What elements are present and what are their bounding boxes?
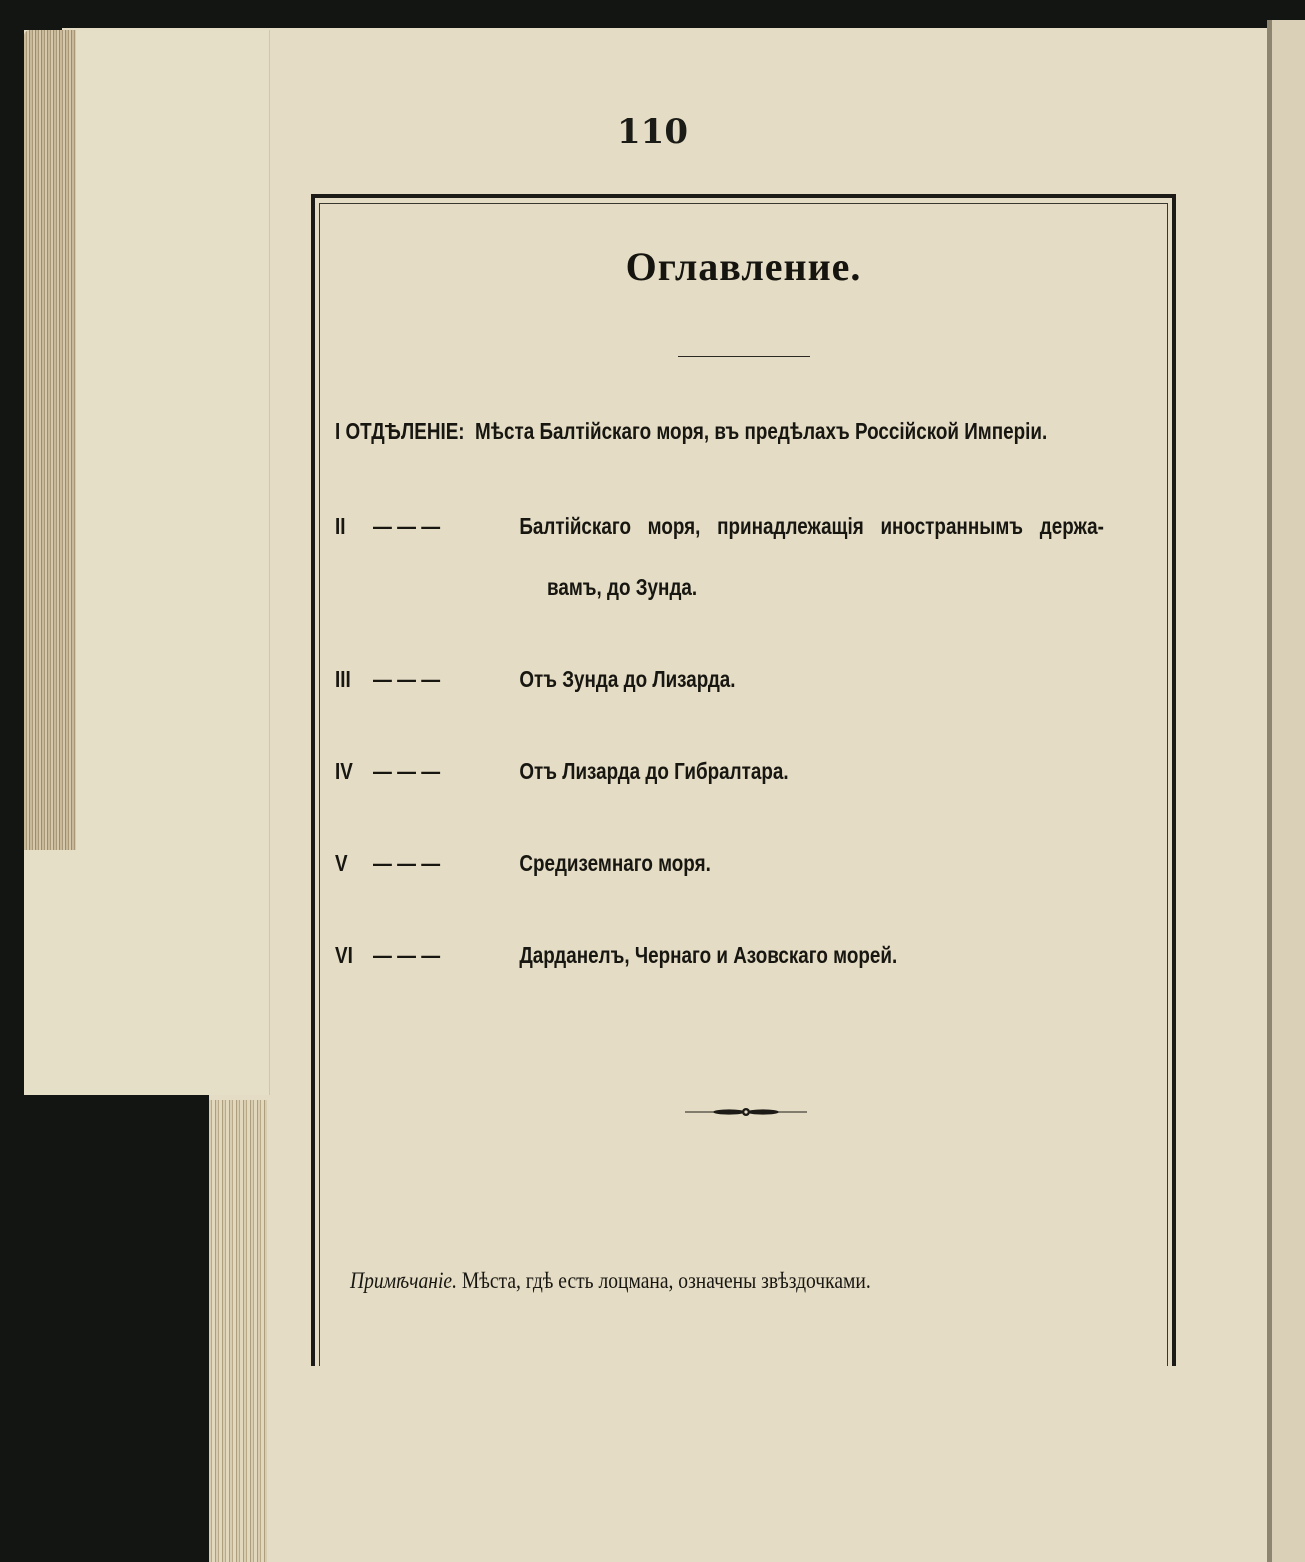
toc-entry-1: I ОТДѢЛЕНІЕ: Мѣста Балтійскаго моря, въ … <box>335 418 1047 445</box>
facing-page-edge <box>1272 20 1305 1562</box>
toc-entry-4: IV — — — Отъ Лизарда до Гибралтара. <box>335 758 789 785</box>
decorative-flourish-icon <box>683 1106 809 1118</box>
title-rule <box>678 356 810 357</box>
toc-entry-3: III — — — Отъ Зунда до Лизарда. <box>335 666 736 693</box>
scan-background-lower-left <box>0 1095 209 1562</box>
content-frame: Оглавление. I ОТДѢЛЕНІЕ: Мѣста Балтійска… <box>311 194 1176 1366</box>
footnote: Примѣчаніе. Мѣста, гдѣ есть лоцмана, озн… <box>350 1268 871 1294</box>
page-edges-lower <box>209 1100 267 1562</box>
page-number: 110 <box>0 112 1305 152</box>
toc-entry-2: II — — — Балтійскаго моря, принадлежащія… <box>335 513 1104 540</box>
page-edges-upper <box>24 30 76 850</box>
scan-background-top <box>0 0 1305 28</box>
toc-entry-6: VI — — — Дарданелъ, Чернаго и Азовскаго … <box>335 942 897 969</box>
page-title: Оглавление. <box>315 243 1172 290</box>
toc-entry-5: V — — — Средиземнаго моря. <box>335 850 711 877</box>
toc-entry-2-continuation: вамъ, до Зунда. <box>547 574 697 601</box>
